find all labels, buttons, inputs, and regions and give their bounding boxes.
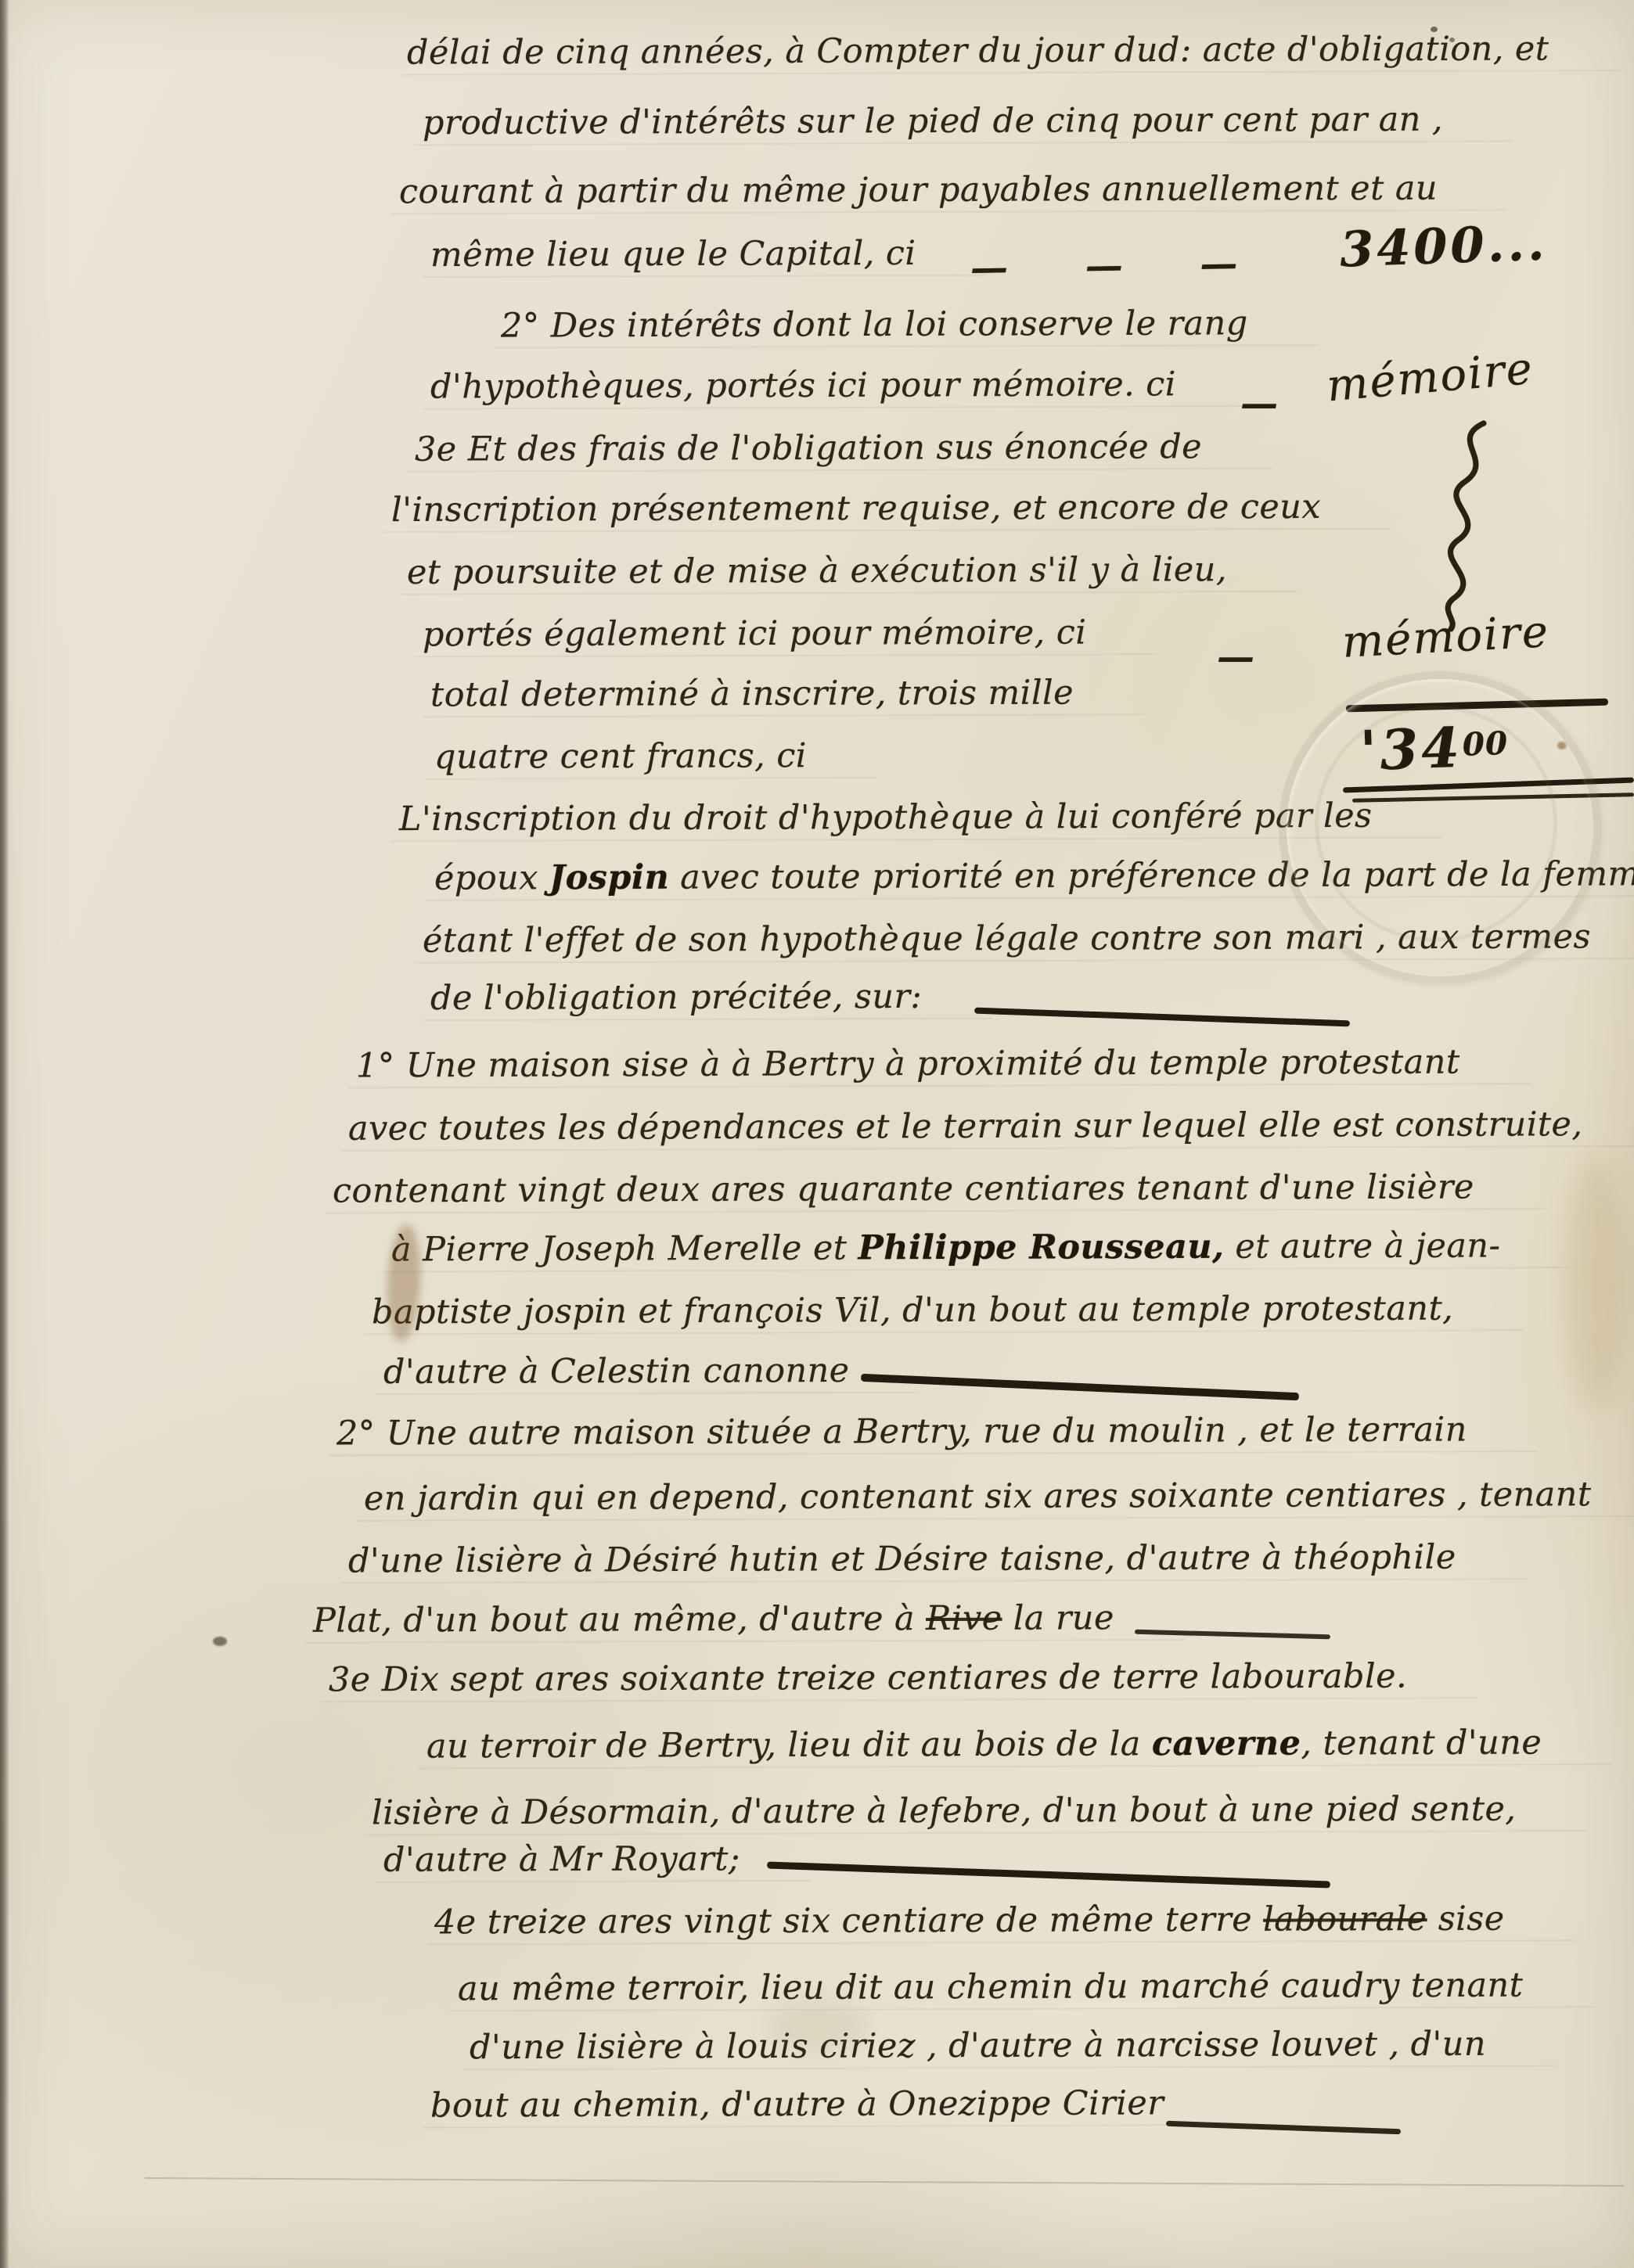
line-text: , tenant d'une <box>1301 1723 1542 1763</box>
line-text: à Pierre Joseph Merelle et <box>391 1228 858 1269</box>
memoire-2: mémoire <box>1341 606 1550 668</box>
manuscript-line: d'une lisière à Désiré hutin et Désire t… <box>348 1538 1456 1581</box>
line-text: 2° Des intérêts dont la loi conserve le … <box>501 304 1248 345</box>
manuscript-line: bout au chemin, d'autre à Onezippe Cirie… <box>430 2083 1164 2125</box>
manuscript-line: d'autre à Celestin canonne <box>383 1351 850 1392</box>
speck-2 <box>1431 27 1438 32</box>
rule-after-sur <box>974 1008 1350 1027</box>
line-text: 3e Et des frais de l'obligation sus énon… <box>415 427 1202 469</box>
memoire-dash-2: — <box>1217 635 1256 679</box>
capital-amount-text: 3400... <box>1339 214 1549 278</box>
line-text: la rue <box>1002 1598 1114 1637</box>
line-text: d'une lisière à Désiré hutin et Désire t… <box>348 1538 1456 1581</box>
manuscript-line: de l'obligation précitée, sur: <box>430 977 922 1018</box>
manuscript-line: même lieu que le Capital, ci <box>430 234 916 275</box>
manuscript-line: baptiste jospin et françois Vil, d'un bo… <box>372 1289 1453 1332</box>
manuscript-line: L'inscription du droit d'hypothèque à lu… <box>399 796 1373 839</box>
line-text: baptiste jospin et françois Vil, d'un bo… <box>372 1289 1453 1332</box>
manuscript-page: délai de cinq années, à Compter du jour … <box>0 0 1634 2268</box>
manuscript-line: portés également ici pour mémoire, ci <box>423 613 1086 655</box>
notary-brace-icon <box>1420 419 1514 634</box>
line-text: d'hypothèques, portés ici pour mémoire. … <box>430 365 1176 406</box>
emphasized-word: Jospin <box>549 858 669 898</box>
memoire-2-text: mémoire <box>1341 606 1550 668</box>
capital-dashes: — — — <box>970 242 1240 290</box>
manuscript-line: au terroir de Bertry, lieu dit au bois d… <box>426 1723 1542 1767</box>
manuscript-line: d'hypothèques, portés ici pour mémoire. … <box>430 365 1176 406</box>
manuscript-line: 4e treize ares vingt six centiare de mêm… <box>434 1900 1505 1943</box>
line-text: L'inscription du droit d'hypothèque à lu… <box>399 796 1373 839</box>
line-text: au même terroir, lieu dit au chemin du m… <box>458 1966 1523 2009</box>
memoire-dash-1: — <box>1240 382 1279 426</box>
manuscript-line: au même terroir, lieu dit au chemin du m… <box>458 1966 1523 2009</box>
manuscript-line: délai de cinq années, à Compter du jour … <box>407 29 1549 72</box>
manuscript-line: lisière à Désormain, d'autre à lefebre, … <box>372 1789 1516 1832</box>
bottom-smudge <box>767 2003 869 2050</box>
line-text: et autre à jean- <box>1224 1227 1500 1267</box>
line-text: Plat, d'un bout au même, d'autre à <box>313 1599 926 1641</box>
struck-word: labourale <box>1263 1900 1427 1939</box>
memoire-1: mémoire <box>1325 343 1536 412</box>
manuscript-line: en jardin qui en depend, contenant six a… <box>364 1475 1592 1518</box>
line-text: avec toutes les dépendances et le terrai… <box>348 1105 1583 1148</box>
manuscript-line: avec toutes les dépendances et le terrai… <box>348 1105 1583 1148</box>
emphasized-word: Philippe Rousseau, <box>858 1227 1224 1268</box>
line-text: 3e Dix sept ares soixante treize centiar… <box>329 1657 1407 1700</box>
rule-after-royart <box>767 1861 1330 1888</box>
line-text: bout au chemin, d'autre à Onezippe Cirie… <box>430 2083 1164 2125</box>
line-text: d'autre à Celestin canonne <box>383 1351 850 1392</box>
embossed-stamp-inner <box>1315 706 1557 942</box>
line-text: de l'obligation précitée, sur: <box>430 977 922 1018</box>
line-text: total determiné à inscrire, trois mille <box>430 674 1074 715</box>
line-text: même lieu que le Capital, ci <box>430 234 916 275</box>
manuscript-line: d'une lisière à louis ciriez , d'autre à… <box>470 2025 1486 2068</box>
torn-left-edge <box>0 0 9 2268</box>
line-text: et poursuite et de mise à exécution s'il… <box>407 550 1227 592</box>
manuscript-line: quatre cent francs, ci <box>434 736 807 777</box>
line-text: courant à partir du même jour payables a… <box>399 169 1438 212</box>
line-text: lisière à Désormain, d'autre à lefebre, … <box>372 1789 1516 1832</box>
capital-amount: 3400... <box>1339 214 1549 278</box>
line-text: au terroir de Bertry, lieu dit au bois d… <box>426 1724 1152 1766</box>
manuscript-line: l'inscription présentement requise, et e… <box>391 487 1321 530</box>
edge-stain <box>1565 1158 1628 1408</box>
line-text: d'une lisière à louis ciriez , d'autre à… <box>470 2025 1486 2068</box>
line-text: d'autre à Mr Royart; <box>383 1839 740 1880</box>
manuscript-line: à Pierre Joseph Merelle et Philippe Rous… <box>391 1227 1501 1270</box>
memoire-dash-1-text: — <box>1240 382 1279 426</box>
manuscript-line: contenant vingt deux ares quarante centi… <box>333 1167 1474 1210</box>
line-text: 2° Une autre maison située a Bertry, rue… <box>337 1410 1467 1453</box>
capital-dashes-text: — — — <box>970 242 1240 290</box>
manuscript-line: 3e Et des frais de l'obligation sus énon… <box>415 427 1202 469</box>
manuscript-line: 3e Dix sept ares soixante treize centiar… <box>329 1657 1407 1700</box>
speck-1 <box>213 1637 227 1646</box>
manuscript-line: 2° Des intérêts dont la loi conserve le … <box>501 304 1248 345</box>
line-text: en jardin qui en depend, contenant six a… <box>364 1475 1592 1518</box>
speck-3 <box>1449 38 1455 42</box>
line-text: 1° Une maison sise à à Bertry à proximit… <box>356 1043 1460 1086</box>
rule-after-cirier <box>1166 2121 1401 2134</box>
memoire-1-text: mémoire <box>1325 343 1536 412</box>
line-text: 4e treize ares vingt six centiare de mêm… <box>434 1900 1263 1943</box>
rule-after-la-rue <box>1135 1630 1330 1640</box>
manuscript-line: 2° Une autre maison située a Bertry, rue… <box>337 1410 1467 1453</box>
manuscript-line: d'autre à Mr Royart; <box>383 1839 740 1880</box>
line-text: contenant vingt deux ares quarante centi… <box>333 1167 1474 1210</box>
manuscript-line: 1° Une maison sise à à Bertry à proximit… <box>356 1043 1460 1086</box>
line-text: l'inscription présentement requise, et e… <box>391 487 1321 530</box>
line-text: portés également ici pour mémoire, ci <box>423 613 1086 655</box>
manuscript-line: courant à partir du même jour payables a… <box>399 169 1438 212</box>
rule-after-canonne <box>861 1374 1299 1400</box>
manuscript-line: total determiné à inscrire, trois mille <box>430 674 1074 715</box>
memoire-dash-2-text: — <box>1217 635 1256 679</box>
line-text: époux <box>434 858 549 898</box>
manuscript-line: Plat, d'un bout au même, d'autre à Rive … <box>313 1598 1114 1641</box>
line-text: quatre cent francs, ci <box>434 736 807 777</box>
emphasized-word: caverne <box>1152 1724 1301 1764</box>
line-text: productive d'intérêts sur le pied de cin… <box>423 100 1443 143</box>
manuscript-line: et poursuite et de mise à exécution s'il… <box>407 550 1227 592</box>
struck-word: Rive <box>926 1599 1002 1638</box>
pencil-guideline <box>145 2177 1624 2187</box>
manuscript-line: productive d'intérêts sur le pied de cin… <box>423 100 1443 143</box>
line-text: sise <box>1427 1900 1504 1939</box>
line-text: délai de cinq années, à Compter du jour … <box>407 29 1549 72</box>
